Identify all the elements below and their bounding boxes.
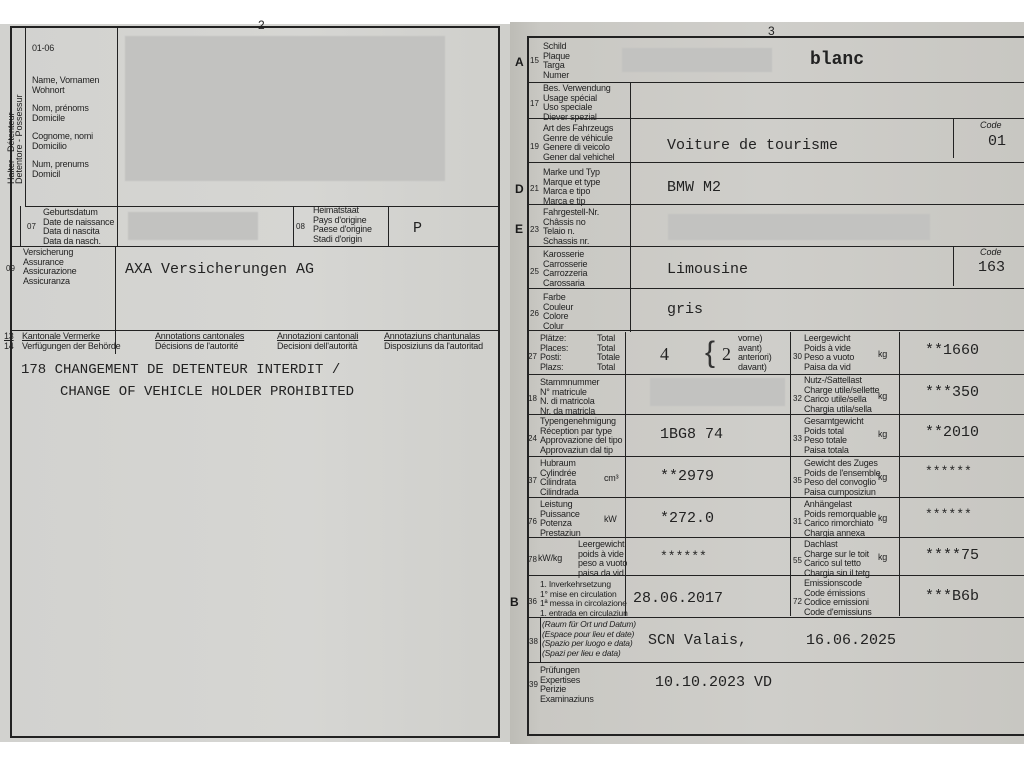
annotation-header-fr: Annotations cantonalesDécisions de l'aut… — [155, 332, 244, 351]
body-code: 163 — [978, 259, 1005, 276]
displacement-label: HubraumCylindréeCilindrataCilindrada — [540, 459, 579, 497]
seats-total-value: 4 — [660, 344, 669, 365]
matricule-label: StammnummerN° matriculeN. di matricolaNr… — [540, 378, 599, 416]
body-label: KarosserieCarrosserieCarrozzeriaCarossar… — [543, 250, 587, 288]
color-value: gris — [667, 301, 703, 318]
payload-label: Nutz-/SattellastCharge utile/selletteCar… — [804, 376, 879, 414]
insurance-label: VersicherungAssuranceAssicurazioneAssicu… — [23, 248, 76, 286]
issue-place-value: SCN Valais, — [648, 632, 747, 649]
body-value: Limousine — [667, 261, 748, 278]
train-weight-value: ****** — [925, 464, 972, 479]
first-registration-value: 28.06.2017 — [633, 590, 723, 607]
place-date-label: (Raum für Ort und Datum)(Espace pour lie… — [542, 620, 636, 658]
annotation-header-rm: Annotaziuns chantunalasDisposiziuns da l… — [384, 332, 483, 351]
roof-load-value: ****75 — [925, 547, 979, 564]
total-weight-label: GesamtgewichtPoids totalPeso totalePaisa… — [804, 417, 863, 455]
vehicle-type-code: 01 — [988, 133, 1006, 150]
holder-name-redacted — [125, 36, 445, 181]
type-approval-label: TypengenehmigungRéception par typeApprov… — [540, 417, 622, 455]
birth-date-redacted — [128, 212, 258, 240]
seats-front-value: 2 — [722, 344, 731, 365]
issue-date-value: 16.06.2025 — [806, 632, 896, 649]
origin-label: HeimatstaatPays d'originePaese d'origine… — [313, 206, 372, 244]
plate-number-redacted — [622, 48, 772, 72]
vehicle-type-label: Art des FahrzeugsGenre de véhiculeGenere… — [543, 124, 614, 162]
inspections-label: PrüfungenExpertisesPerizieExaminaziuns — [540, 666, 594, 704]
vehicle-type-value: Voiture de tourisme — [667, 137, 838, 154]
inspections-value: 10.10.2023 VD — [655, 674, 772, 691]
special-use-label: Bes. VerwendungUsage spécialUso speciale… — [543, 84, 611, 122]
empty-weight-label: LeergewichtPoids à videPeso a vuotoPaisa… — [804, 334, 854, 372]
payload-value: ***350 — [925, 384, 979, 401]
empty-weight-value: **1660 — [925, 342, 979, 359]
power-label: LeistungPuissancePotenzaPrestaziun — [540, 500, 581, 538]
power-weight-label: Leergewichtpoids à videpeso a vuotopaisa… — [578, 540, 627, 578]
chassis-number-redacted — [668, 214, 930, 240]
annotation-numbers: 1314 — [4, 332, 14, 351]
chassis-label: Fahrgestell-Nr.Châssis noTelaio n.Schass… — [543, 208, 599, 246]
color-label: FarbeCouleurColoreColur — [543, 293, 573, 331]
origin-value: P — [413, 220, 422, 237]
holder-vertical-label-2: Detentore - Possessur — [14, 94, 24, 184]
matricule-redacted — [650, 378, 785, 406]
first-registration-label: 1. Inverkehrsetzung1° mise en circulatio… — [540, 580, 628, 618]
power-value: *272.0 — [660, 510, 714, 527]
trailer-load-label: AnhängelastPoids remorquableCarico rimor… — [804, 500, 876, 538]
insurance-value: AXA Versicherungen AG — [125, 261, 314, 278]
train-weight-label: Gewicht des ZugesPoids de l'ensemblePeso… — [804, 459, 880, 497]
emissions-value: ***B6b — [925, 588, 979, 605]
annotation-line-2: CHANGE OF VEHICLE HOLDER PROHIBITED — [60, 384, 354, 400]
total-weight-value: **2010 — [925, 424, 979, 441]
emissions-label: EmissionscodeCode émissionsCodice emissi… — [804, 579, 872, 617]
roof-load-label: DachlastCharge sur le toitCarico sul tet… — [804, 540, 870, 578]
power-weight-value: ****** — [660, 549, 707, 564]
birth-date-label: GeburtsdatumDate de naissanceData di nas… — [43, 208, 114, 246]
annotation-header-it: Annotazioni cantonaliDecisioni dell'auto… — [277, 332, 358, 351]
trailer-load-value: ****** — [925, 507, 972, 522]
right-page: 3 A D E B 15 SchildPlaqueTargaNumer blan… — [510, 22, 1024, 744]
annotation-line-1: 178 CHANGEMENT DE DETENTEUR INTERDIT / — [21, 362, 340, 378]
seats-total-label: TotalTotalTotaleTotal — [597, 334, 620, 372]
left-page: 2 Halter - Détenteur Detentore - Possess… — [0, 24, 510, 742]
type-approval-value: 1BG8 74 — [660, 426, 723, 443]
holder-code: 01-06 — [32, 44, 54, 54]
seats-label: Plätze:Places:Posti:Plazs: — [540, 334, 568, 372]
holder-labels: Name, VornamenWohnort Nom, prénomsDomici… — [32, 76, 99, 179]
displacement-value: **2979 — [660, 468, 714, 485]
plate-label: SchildPlaqueTargaNumer — [543, 42, 570, 80]
seats-front-label: vorne)avant)anteriori)davant) — [738, 334, 772, 372]
plate-color-value: blanc — [810, 50, 864, 70]
make-value: BMW M2 — [667, 179, 721, 196]
make-label: Marke und TypMarque et typeMarca e tipoM… — [543, 168, 600, 206]
annotation-header-de: Kantonale VermerkeVerfügungen der Behörd… — [22, 332, 120, 351]
